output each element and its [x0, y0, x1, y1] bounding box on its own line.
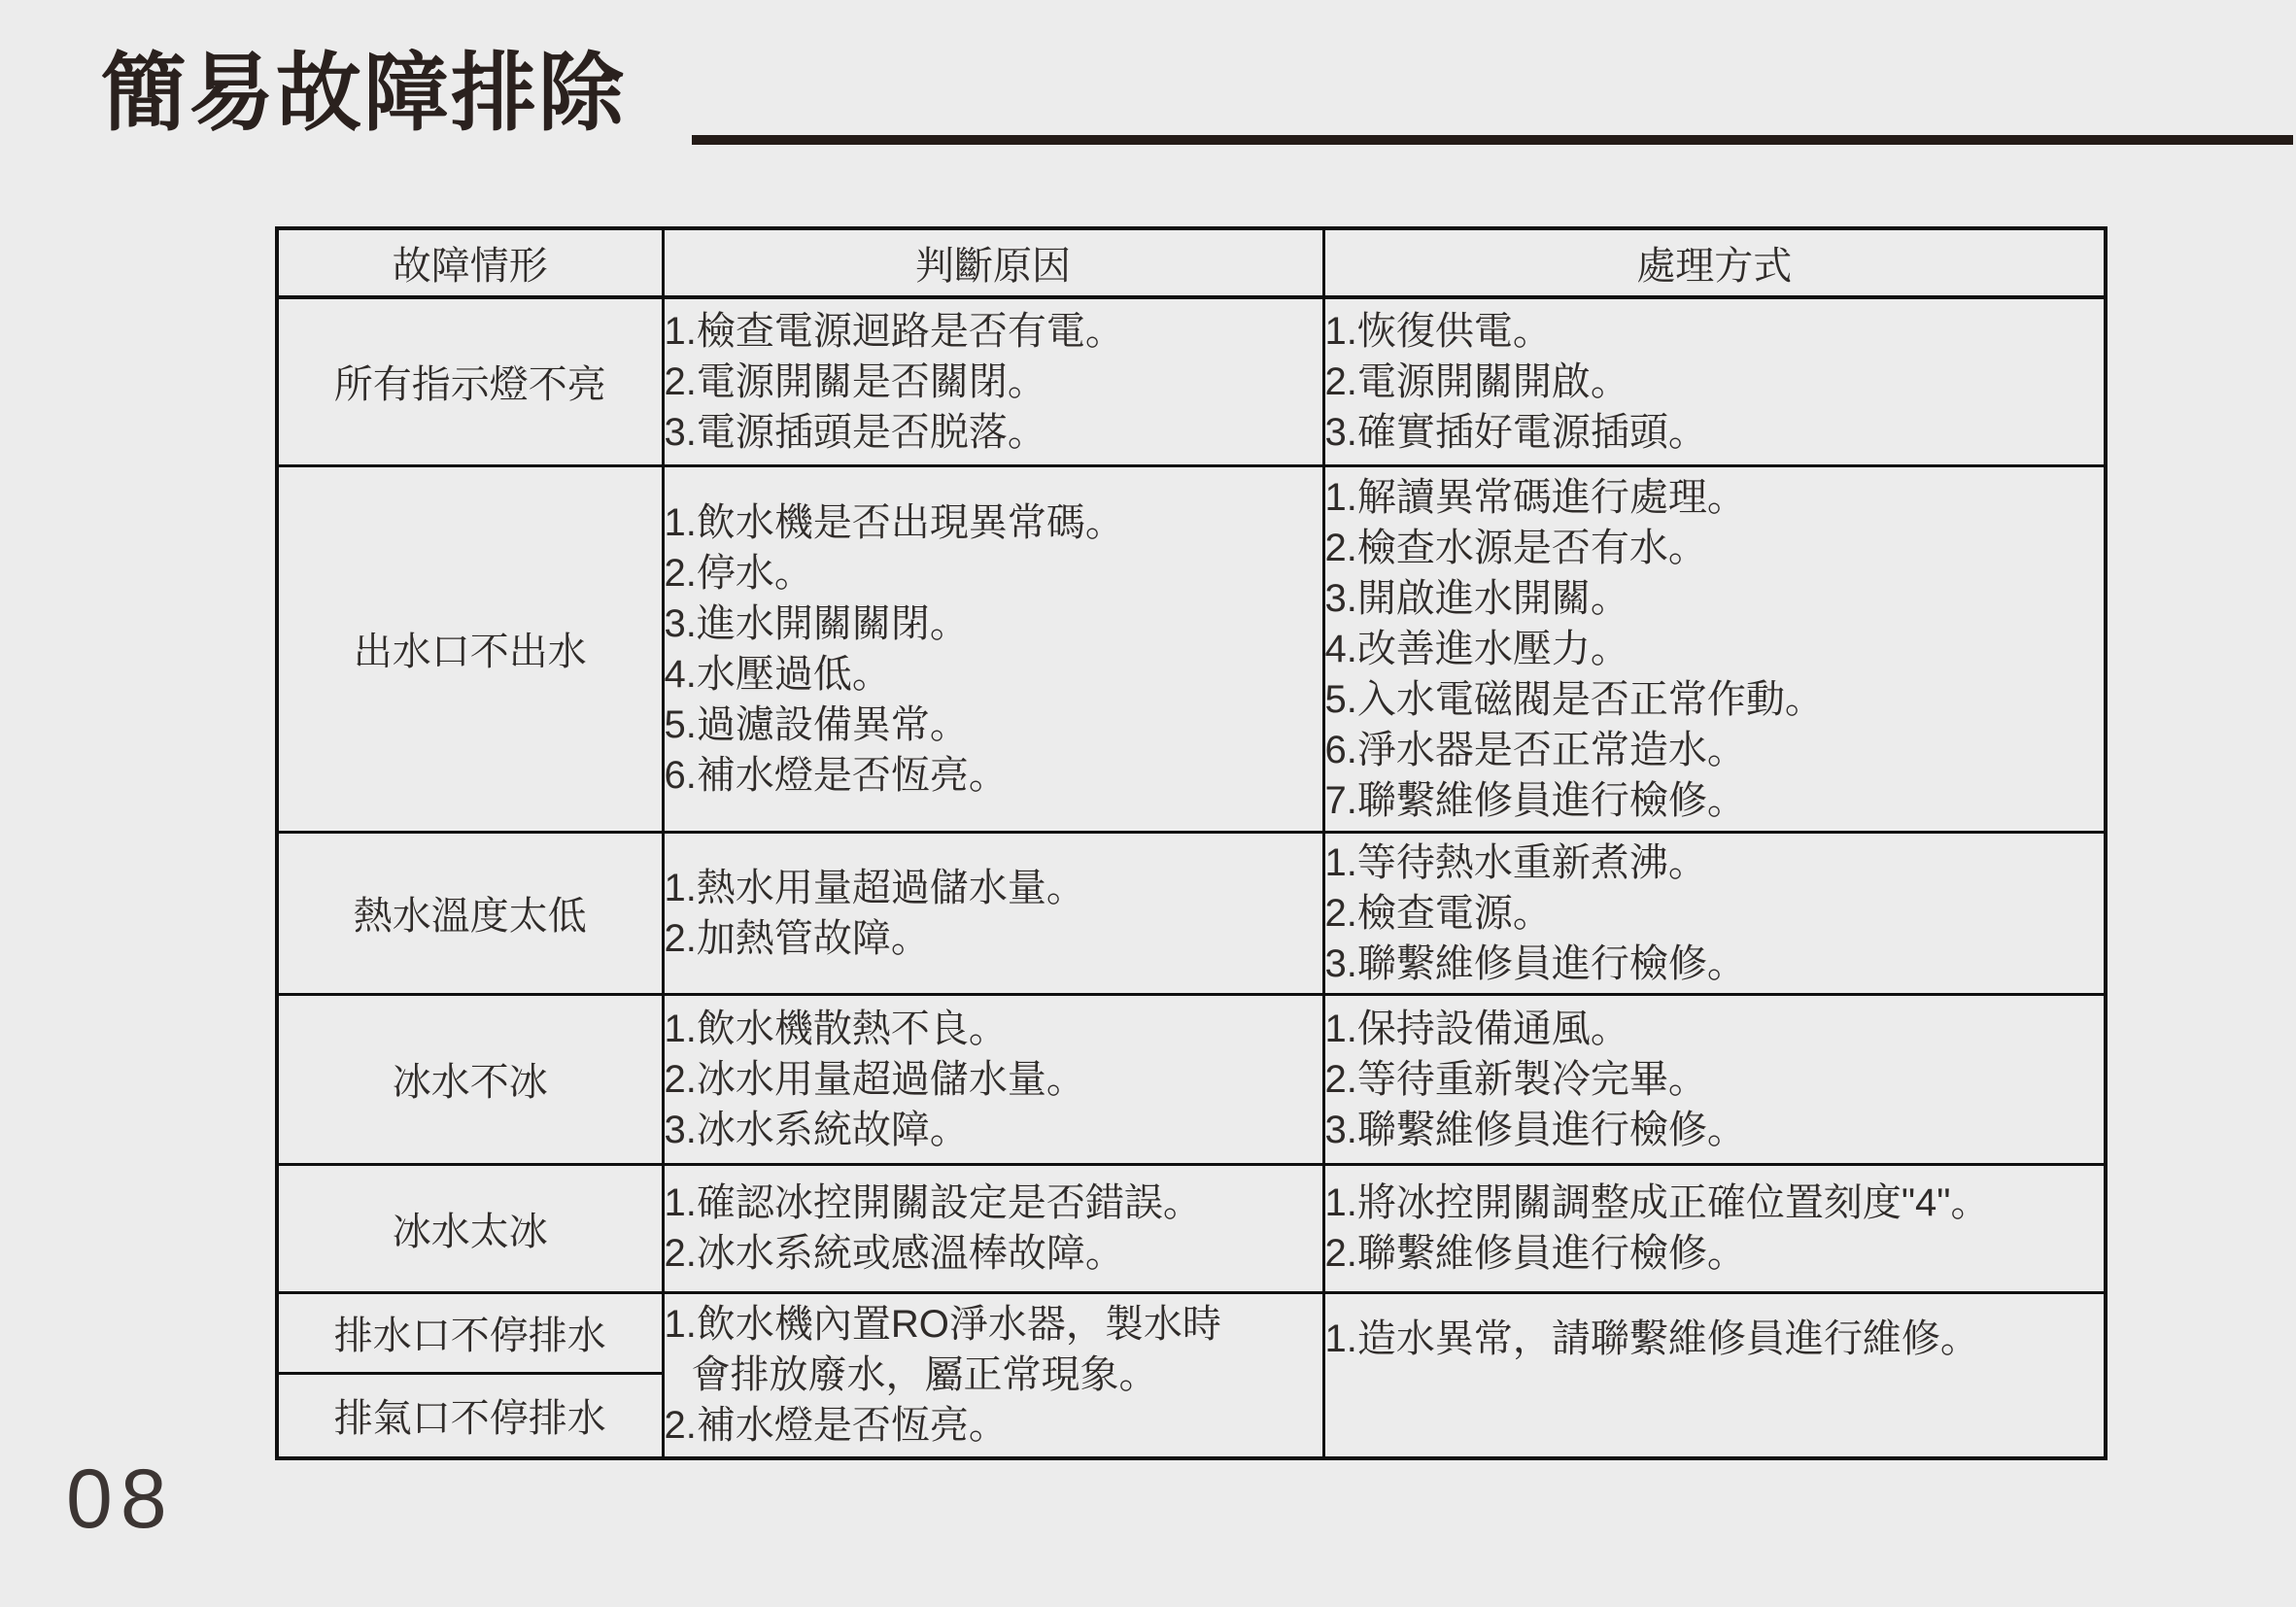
cause-line: 2.冰水用量超過儲水量。	[665, 1054, 1322, 1105]
solutions-cell: 1.保持設備通風。2.等待重新製冷完畢。3.聯繫維修員進行檢修。	[1323, 994, 2106, 1164]
table-row: 出水口不出水1.飲水機是否出現異常碼。2.停水。3.進水開關關閉。4.水壓過低。…	[277, 465, 2106, 832]
cause-line: 2.加熱管故障。	[665, 913, 1322, 964]
table-row: 所有指示燈不亮1.檢查電源迴路是否有電。2.電源開關是否關閉。3.電源插頭是否脱…	[277, 297, 2106, 465]
cause-line: 5.過濾設備異常。	[665, 700, 1322, 750]
solution-line: 2.聯繫維修員進行檢修。	[1325, 1228, 2105, 1279]
cause-line: 2.補水燈是否恆亮。	[665, 1400, 1322, 1451]
causes-cell: 1.熱水用量超過儲水量。2.加熱管故障。	[663, 832, 1323, 994]
header-cause-diagnosis: 判斷原因	[663, 228, 1323, 297]
solutions-cell: 1.恢復供電。2.電源開關開啟。3.確實插好電源插頭。	[1323, 297, 2106, 465]
solution-line: 4.改善進水壓力。	[1325, 624, 2105, 674]
table-row: 排水口不停排水1.飲水機內置RO淨水器，製水時會排放廢水，屬正常現象。2.補水燈…	[277, 1292, 2106, 1373]
cause-list: 1.檢查電源迴路是否有電。2.電源開關是否關閉。3.電源插頭是否脱落。	[665, 306, 1322, 458]
solutions-cell: 1.造水異常，請聯繫維修員進行維修。	[1323, 1292, 2106, 1458]
cause-line: 1.確認冰控開關設定是否錯誤。	[665, 1178, 1322, 1228]
cause-line: 3.冰水系統故障。	[665, 1105, 1322, 1155]
solution-list: 1.造水異常，請聯繫維修員進行維修。	[1325, 1314, 2105, 1364]
table-row: 冰水太冰1.確認冰控開關設定是否錯誤。2.冰水系統或感溫棒故障。1.將冰控開關調…	[277, 1164, 2106, 1292]
solution-line: 5.入水電磁閥是否正常作動。	[1325, 674, 2105, 725]
causes-cell: 1.檢查電源迴路是否有電。2.電源開關是否關閉。3.電源插頭是否脱落。	[663, 297, 1323, 465]
solution-list: 1.將冰控開關調整成正確位置刻度"4"。2.聯繫維修員進行檢修。	[1325, 1178, 2105, 1279]
solution-list: 1.保持設備通風。2.等待重新製冷完畢。3.聯繫維修員進行檢修。	[1325, 1004, 2105, 1155]
solution-line: 3.聯繫維修員進行檢修。	[1325, 939, 2105, 989]
solution-list: 1.解讀異常碼進行處理。2.檢查水源是否有水。3.開啟進水開關。4.改善進水壓力…	[1325, 472, 2105, 826]
causes-cell: 1.飲水機內置RO淨水器，製水時會排放廢水，屬正常現象。2.補水燈是否恆亮。	[663, 1292, 1323, 1458]
causes-cell: 1.飲水機散熱不良。2.冰水用量超過儲水量。3.冰水系統故障。	[663, 994, 1323, 1164]
cause-line: 1.飲水機散熱不良。	[665, 1004, 1322, 1054]
fault-cell: 所有指示燈不亮	[277, 297, 663, 465]
troubleshooting-table: 故障情形 判斷原因 處理方式 所有指示燈不亮1.檢查電源迴路是否有電。2.電源開…	[275, 226, 2108, 1460]
solution-line: 1.保持設備通風。	[1325, 1004, 2105, 1054]
cause-list: 1.飲水機散熱不良。2.冰水用量超過儲水量。3.冰水系統故障。	[665, 1004, 1322, 1155]
causes-cell: 1.飲水機是否出現異常碼。2.停水。3.進水開關關閉。4.水壓過低。5.過濾設備…	[663, 465, 1323, 832]
cause-line: 2.電源開關是否關閉。	[665, 357, 1322, 407]
solutions-cell: 1.將冰控開關調整成正確位置刻度"4"。2.聯繫維修員進行檢修。	[1323, 1164, 2106, 1292]
cause-list: 1.熱水用量超過儲水量。2.加熱管故障。	[665, 863, 1322, 964]
solution-line: 1.恢復供電。	[1325, 306, 2105, 357]
header-handling-method: 處理方式	[1323, 228, 2106, 297]
cause-line: 1.飲水機是否出現異常碼。	[665, 497, 1322, 548]
solution-line: 2.電源開關開啟。	[1325, 357, 2105, 407]
fault-cell: 出水口不出水	[277, 465, 663, 832]
solution-line: 2.等待重新製冷完畢。	[1325, 1054, 2105, 1105]
table-row: 熱水溫度太低1.熱水用量超過儲水量。2.加熱管故障。1.等待熱水重新煮沸。2.檢…	[277, 832, 2106, 994]
page-title: 簡易故障排除	[101, 47, 626, 141]
solution-list: 1.等待熱水重新煮沸。2.檢查電源。3.聯繫維修員進行檢修。	[1325, 838, 2105, 989]
cause-list: 1.飲水機是否出現異常碼。2.停水。3.進水開關關閉。4.水壓過低。5.過濾設備…	[665, 497, 1322, 801]
cause-line: 1.熱水用量超過儲水量。	[665, 863, 1322, 913]
solution-line: 3.開啟進水開關。	[1325, 573, 2105, 624]
table-header-row: 故障情形 判斷原因 處理方式	[277, 228, 2106, 297]
cause-line: 4.水壓過低。	[665, 649, 1322, 700]
fault-cell: 冰水太冰	[277, 1164, 663, 1292]
cause-list: 1.飲水機內置RO淨水器，製水時會排放廢水，屬正常現象。2.補水燈是否恆亮。	[665, 1299, 1322, 1451]
solution-line: 7.聯繫維修員進行檢修。	[1325, 775, 2105, 826]
solution-line: 1.等待熱水重新煮沸。	[1325, 838, 2105, 888]
cause-list: 1.確認冰控開關設定是否錯誤。2.冰水系統或感溫棒故障。	[665, 1178, 1322, 1279]
solutions-cell: 1.等待熱水重新煮沸。2.檢查電源。3.聯繫維修員進行檢修。	[1323, 832, 2106, 994]
page-number: 08	[66, 1453, 175, 1546]
solutions-cell: 1.解讀異常碼進行處理。2.檢查水源是否有水。3.開啟進水開關。4.改善進水壓力…	[1323, 465, 2106, 832]
fault-cell: 冰水不冰	[277, 994, 663, 1164]
solution-line: 6.淨水器是否正常造水。	[1325, 725, 2105, 775]
cause-line: 3.電源插頭是否脱落。	[665, 407, 1322, 458]
cause-line: 2.停水。	[665, 548, 1322, 598]
solution-line: 1.將冰控開關調整成正確位置刻度"4"。	[1325, 1178, 2105, 1228]
solution-line: 2.檢查水源是否有水。	[1325, 523, 2105, 573]
cause-line: 6.補水燈是否恆亮。	[665, 750, 1322, 801]
causes-cell: 1.確認冰控開關設定是否錯誤。2.冰水系統或感溫棒故障。	[663, 1164, 1323, 1292]
cause-line: 1.檢查電源迴路是否有電。	[665, 306, 1322, 357]
fault-cell: 排水口不停排水	[277, 1292, 663, 1373]
title-rule-line	[692, 135, 2293, 145]
cause-line: 1.飲水機內置RO淨水器，製水時	[665, 1299, 1322, 1350]
cause-line: 2.冰水系統或感溫棒故障。	[665, 1228, 1322, 1279]
manual-page: 簡易故障排除 故障情形 判斷原因 處理方式 所有指示燈不亮1.檢查電源迴路是否有…	[0, 0, 2296, 1607]
cause-line: 3.進水開關關閉。	[665, 598, 1322, 649]
table-row: 冰水不冰1.飲水機散熱不良。2.冰水用量超過儲水量。3.冰水系統故障。1.保持設…	[277, 994, 2106, 1164]
solution-line: 2.檢查電源。	[1325, 888, 2105, 939]
solution-list: 1.恢復供電。2.電源開關開啟。3.確實插好電源插頭。	[1325, 306, 2105, 458]
fault-cell: 排氣口不停排水	[277, 1373, 663, 1458]
solution-line: 3.聯繫維修員進行檢修。	[1325, 1105, 2105, 1155]
cause-line: 會排放廢水，屬正常現象。	[665, 1350, 1322, 1400]
header-fault-condition: 故障情形	[277, 228, 663, 297]
solution-line: 1.解讀異常碼進行處理。	[1325, 472, 2105, 523]
solution-line: 3.確實插好電源插頭。	[1325, 407, 2105, 458]
fault-cell: 熱水溫度太低	[277, 832, 663, 994]
solution-line: 1.造水異常，請聯繫維修員進行維修。	[1325, 1314, 2105, 1364]
